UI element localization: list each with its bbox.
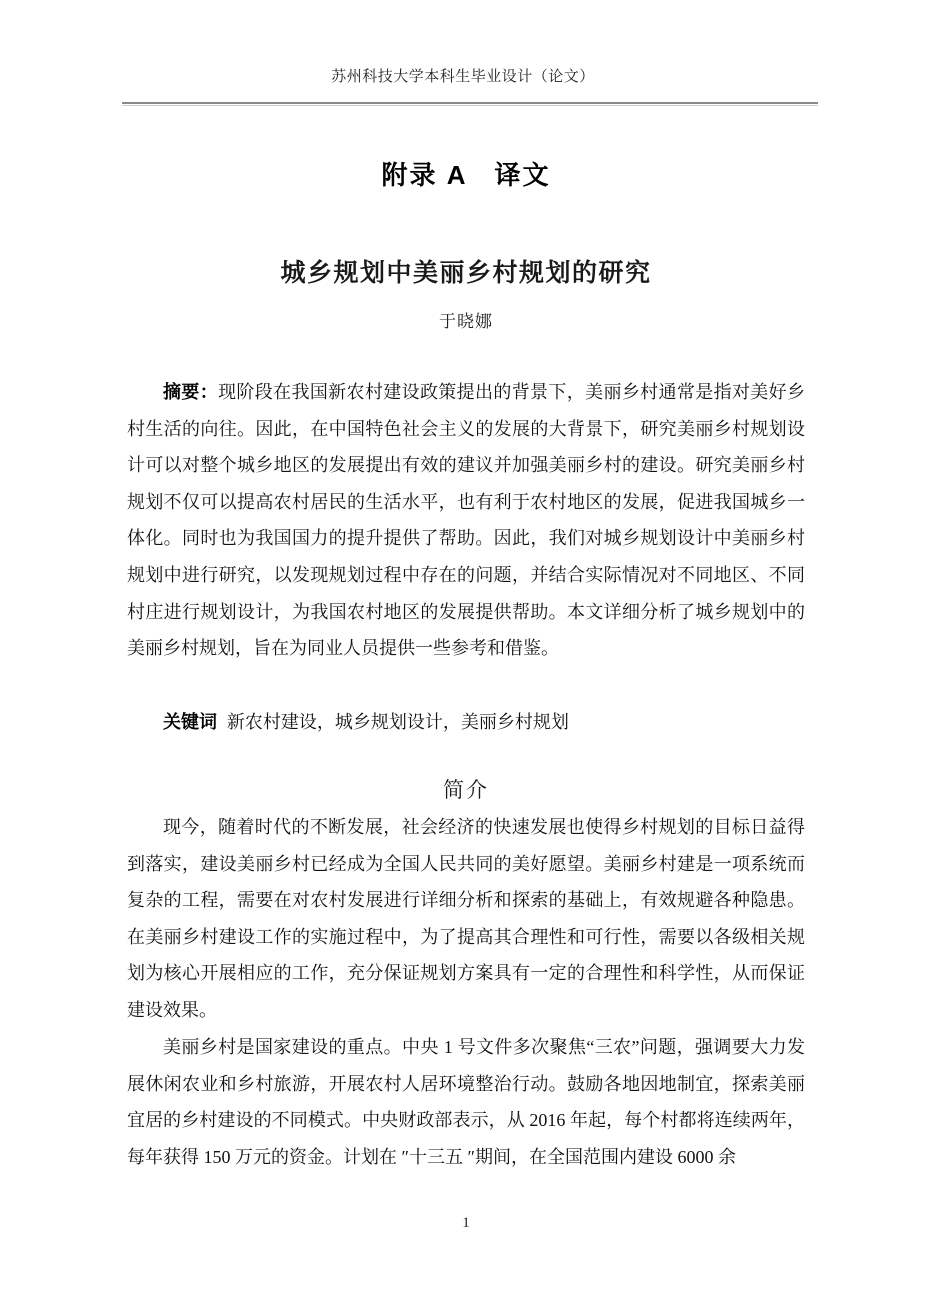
abstract-text: 现阶段在我国新农村建设政策提出的背景下，美丽乡村通常是指对美好乡村生活的向往。因…	[127, 382, 805, 658]
document-page: 苏州科技大学本科生毕业设计（论文） 附录 A 译文 城乡规划中美丽乡村规划的研究…	[0, 0, 926, 1309]
intro-paragraph-2: 美丽乡村是国家建设的重点。中央 1 号文件多次聚焦“三农”问题，强调要大力发展休…	[127, 1029, 805, 1175]
abstract-label: 摘要：	[163, 382, 218, 402]
intro-paragraph-1: 现今，随着时代的不断发展，社会经济的快速发展也使得乡村规划的目标日益得到落实，建…	[127, 809, 805, 1029]
appendix-title: 附录 A 译文	[127, 158, 805, 192]
header-rule	[122, 102, 818, 106]
section-heading-intro: 简介	[127, 774, 805, 806]
abstract-paragraph: 摘要：现阶段在我国新农村建设政策提出的背景下，美丽乡村通常是指对美好乡村生活的向…	[127, 374, 805, 667]
author-name: 于晓娜	[127, 310, 805, 334]
running-header: 苏州科技大学本科生毕业设计（论文）	[0, 68, 926, 86]
page-number: 1	[127, 1213, 805, 1233]
article-title: 城乡规划中美丽乡村规划的研究	[127, 256, 805, 290]
keywords-line: 关键词新农村建设，城乡规划设计，美丽乡村规划	[127, 704, 805, 741]
keywords-label: 关键词	[163, 712, 217, 732]
keywords-text: 新农村建设，城乡规划设计，美丽乡村规划	[227, 712, 569, 732]
